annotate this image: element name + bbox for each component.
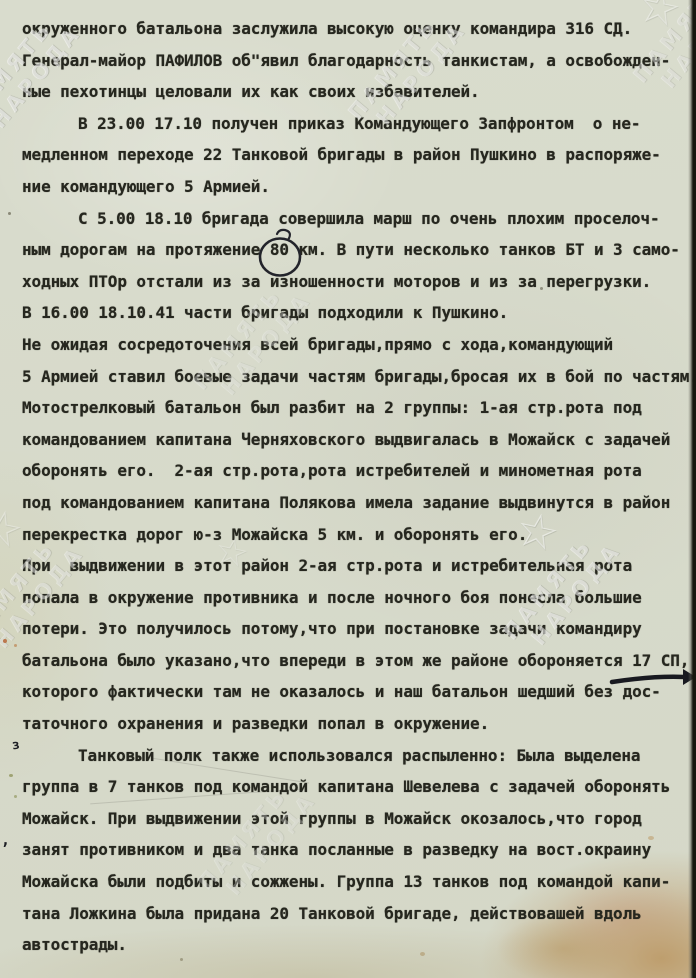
text-line: командованием капитана Черняховского выд… <box>22 424 696 456</box>
text-line: батальона было указано,что впереди в это… <box>22 645 696 677</box>
text-line: 5 Армией ставил боевые задачи частям бри… <box>22 361 696 393</box>
paper-speck <box>420 952 425 956</box>
scan-edge-strip <box>688 0 696 978</box>
text-line: оборонять его. 2-ая стр.рота,рота истреб… <box>22 455 696 487</box>
text-line: занят противником и два танка посланные … <box>22 834 696 866</box>
text-line: Можайска были подбиты и сожжены. Группа … <box>22 866 696 898</box>
text-line: тана Ложкина была придана 20 Танковой бр… <box>22 898 696 930</box>
text-line: ние командующего 5 Армией. <box>22 171 696 203</box>
document-page: окруженного батальона заслужила высокую … <box>0 0 696 978</box>
paper-speck <box>8 212 11 215</box>
pen-margin-mark: , <box>1 831 10 849</box>
text-line: ные пехотинцы целовали их как своих изба… <box>22 76 696 108</box>
text-line: попала в окружение противника и после но… <box>22 582 696 614</box>
paper-speck <box>3 639 7 643</box>
paper-speck <box>14 795 17 798</box>
text-line: Не ожидая сосредоточения всей бригады,пр… <box>22 329 696 361</box>
document-text-block: окруженного батальона заслужила высокую … <box>22 13 696 961</box>
text-line: При выдвижении в этот район 2-ая стр.рот… <box>22 550 696 582</box>
paper-speck <box>180 958 183 961</box>
text-line: перекрестка дорог ю-з Можайска 5 км. и о… <box>22 519 696 551</box>
text-line: Танковый полк также использовался распыл… <box>22 740 696 772</box>
text-line: таточного охранения и разведки попал в о… <box>22 708 696 740</box>
text-line: потери. Это получилось потому,что при по… <box>22 613 696 645</box>
paper-speck <box>540 287 543 290</box>
paper-speck <box>9 774 13 777</box>
text-line: Можайск. При выдвижении этой группы в Мо… <box>22 803 696 835</box>
paper-speck <box>648 836 654 840</box>
text-line: медленном переходе 22 Танковой бригады в… <box>22 139 696 171</box>
text-line: В 16.00 18.10.41 части бригады подходили… <box>22 297 696 329</box>
text-line: под командованием капитана Полякова имел… <box>22 487 696 519</box>
text-line: группа в 7 танков под командой капитана … <box>22 771 696 803</box>
paper-speck <box>14 644 17 647</box>
text-line: окруженного батальона заслужила высокую … <box>22 13 696 45</box>
text-line: ходных ПТОр отстали из за изношенности м… <box>22 266 696 298</box>
text-line: которого фактически там не оказалось и н… <box>22 676 696 708</box>
pen-margin-mark: з <box>11 738 21 754</box>
text-line: ным дорогам на протяжение 80 км. В пути … <box>22 234 696 266</box>
text-line: автострады. <box>22 929 696 961</box>
text-line: Мотострелковый батальон был разбит на 2 … <box>22 392 696 424</box>
text-line: В 23.00 17.10 получен приказ Командующег… <box>22 108 696 140</box>
text-line: С 5.00 18.10 бригада совершила марш по о… <box>22 203 696 235</box>
text-line: Генерал-майор ПАФИЛОВ об"явил благодарно… <box>22 45 696 77</box>
